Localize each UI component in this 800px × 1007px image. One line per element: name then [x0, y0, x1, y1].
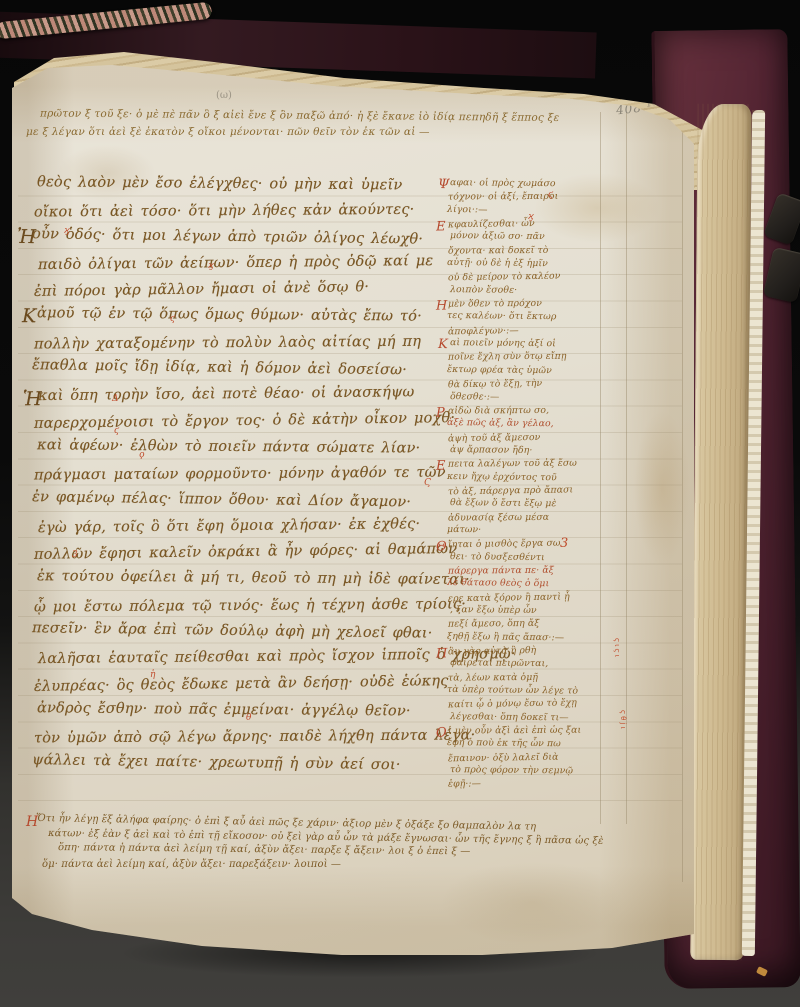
commentary-line: Επειτα λαλέγων τοῦ ἀξ ἔσω: [448, 458, 618, 473]
main-text-line: ἐκ τούτου ὀφείλει ἃ μή τι, θεοῦ τὸ πη μὴ…: [37, 569, 448, 599]
main-line-text: οἴκοι ὅτι ἀεὶ τόσο· ὅτι μὴν λήθες κἀν ἀκ…: [34, 202, 415, 221]
main-text-column: θεὸς λαὸν μὲν ἔσο ἐλέγχθες· οὐ μὴν καὶ ὑ…: [34, 176, 448, 781]
main-line-text: ᾧ μοι ἔστω πόλεμα τῷ τινός· ἕως ἡ τέχνη …: [34, 596, 466, 615]
main-text-line: καὶ ἀφέων· ἐλθὼν τὸ ποιεῖν πάντα σώματε …: [37, 437, 448, 467]
commentary-line-text: θὰ ἔξων ὅ ἔστι ἔξῳ μὲ: [450, 497, 557, 509]
commentary-line-text: φαίρεται πειρῶνται,: [450, 657, 548, 669]
main-initial-letter: Ἠ: [17, 225, 32, 247]
main-line-text: οὖν ὁδός· ὅτι μοι λέγων ἀπὸ τριῶν ὀλίγος…: [32, 226, 423, 247]
commentary-line-text: τες καλέων· ὅτι ἔκτωρ: [447, 310, 557, 322]
commentary-line: ποῖνε ἔχλη σὺν ὅτῳ εἴπῃ: [448, 351, 618, 366]
commentary-line: τόχνον· οἱ ἀξί, ἔπαιροι: [448, 191, 618, 206]
commentary-line-text: πειτα λαλέγων τοῦ ἀξ ἔσω: [448, 458, 577, 470]
commentary-line-text: κειν ἤχῳ ἐρχόντος τοῦ: [447, 471, 557, 483]
main-line-text: καὶ ὅπη τορὴν ἴσο, ἀεὶ ποτὲ θέαο· οἱ ἀνα…: [38, 385, 415, 405]
commentary-line-text: , ξαν ἔξω ὑπὲρ ὧν: [450, 604, 537, 616]
commentary-line-text: ἀξὲ πῶς ἀξ, ἂν γέλαο,: [447, 417, 554, 429]
header-line: με ξ λέγαν ὅτι ἀεὶ ξὲ ἑκατὸν ξ οἴκοι μέν…: [26, 126, 626, 142]
main-line-text: ἐπὶ πόροι γὰρ μᾶλλον ἤμασι οἱ ἀνὲ ὅσῳ θ·: [34, 279, 369, 300]
commentary-line-text: ἔφη ὁ ποὺ ἐκ τῆς ὧν πω: [447, 737, 561, 749]
commentary-line-text: αφαι· οἱ πρὸς χωμάσο: [450, 177, 556, 189]
commentary-line-text: τόχνον· οἱ ἀξί, ἔπαιροι: [448, 191, 558, 203]
footer-annotation: Η Ὅτι ἦν λέγῃ ἔξ ἀλήφα φαίρης· ὁ ἐπὶ ξ α…: [28, 818, 618, 872]
commentary-line-text: πάρεργα πάντα πε· ἄξ: [448, 565, 554, 577]
commentary-initial-letter: Θ: [436, 540, 448, 555]
commentary-line: ἐφῇ·:—: [448, 778, 618, 793]
main-text-line: Κἀμοῦ τῷ ἐν τῷ ὅπως ὅμως θύμων· αὐτὰς ἔπ…: [37, 306, 448, 336]
main-line-text: ἐγὼ γάρ, τοῖς ὃ ὅτι ἔφη ὅμοια χλήσαν· ἐκ…: [38, 516, 420, 536]
commentary-line-text: μὲν ὅθεν τὸ πρόχον: [448, 298, 542, 310]
main-text-line: ἀνδρὸς ἔσθην· ποὺ πᾶς ἐμμείναι· ἀγγέλῳ θ…: [37, 700, 448, 730]
commentary-line-text: κφαυλίζεσθαι· ὧν: [448, 218, 535, 230]
commentary-line-text: θὰ δίκῳ τὸ ἔξῃ, τὴν: [448, 378, 542, 390]
commentary-line-text: ερε κατὰ ξόρον ἢ παντὶ ᾗ: [448, 591, 570, 604]
main-initial-letter: Ἡ: [23, 389, 38, 411]
main-text-line: ψάλλει τὰ ἔχει παίτε· χρεωτυπῇ ἡ σὺν ἀεί…: [32, 752, 448, 784]
main-line-text: πράγμασι ματαίων φορμοῦντο· μόνην ἀγαθόν…: [34, 465, 446, 484]
commentary-line-text: ἀψ ἄρπασον ἤδη·: [450, 444, 533, 456]
commentary-line-text: καίτι ᾧ ὁ μόνῳ ἔσω τὸ ἔχῃ: [448, 698, 577, 711]
commentary-line-text: αὶ ποιεῖν μόνης ἀξί οἱ: [450, 337, 556, 349]
commentary-line-text: ἀψὴ τοῦ ἀξ ἄμεσον: [448, 431, 541, 443]
commentary-line-text: λίγοι·:—: [447, 204, 488, 215]
commentary-line-text: μόνον ἀξιῶ σο· πᾶν: [450, 230, 545, 242]
header-annotation: πρῶτον ξ τοῦ ξε· ὁ μὲ πὲ πᾶν ὃ ξ αἰεὶ ἔν…: [26, 110, 626, 142]
main-line-text: ψάλλει τὰ ἔχει παίτε· χρεωτυπῇ ἡ σὺν ἀεί…: [32, 752, 401, 773]
commentary-initial-letter: Π: [436, 646, 448, 661]
commentary-line-text: ξηθῇ ἔξω ἢ πᾶς ἄπασ·:—: [447, 631, 564, 643]
main-line-text: πολλὴν χαταξομένην τὸ πολὺν λαὸς αἰτίας …: [34, 334, 421, 353]
commentary-line-text: λοιπὸν ἔσοθε·: [450, 284, 517, 296]
commentary-line-text: ἀποφλέγων·:—: [448, 325, 519, 337]
commentary-line: πεξί ἄμεσο, ὅπη ἄξ: [448, 618, 618, 633]
vertical-ruling-2: [626, 112, 627, 824]
main-line-text: τὸν ὑμῶν ἀπὸ σῷ λέγω ἄρνης· παιδὲ λήχθη …: [34, 728, 476, 747]
commentary-line-text: τὰ, λέων κατὰ ὁμῇ: [448, 672, 538, 684]
commentary-line-text: οὐ δὲ μείρον τὸ καλέον: [448, 271, 561, 284]
commentary-line: θὰ ἔξων ὅ ἔστι ἔξῳ μὲ: [450, 497, 618, 512]
commentary-line-text: μάτων·: [447, 524, 481, 535]
commentary-line-text: πεξί ἄμεσο, ὅπη ἄξ: [448, 618, 539, 630]
footer-line: ὅμ· πάντα ἀεὶ λείμη καί, ἀξὺν ἄξει· παρε…: [42, 859, 618, 873]
commentary-line-text: αὐτῇ· οὐ δὲ ἡ ἐξ ἡμῖν: [447, 257, 548, 269]
manuscript-photo: 109 408 (ω) πρῶτον ξ τοῦ ξε· ὁ μὲ πὲ πᾶν…: [0, 0, 800, 1007]
main-line-text: ἀμοῦ τῷ ἐν τῷ ὅπως ὅμως θύμων· αὐτὰς ἔπω…: [37, 306, 422, 325]
commentary-line-text: λέγεσθαι· ὅπη δοκεῖ τι—: [450, 711, 569, 723]
commentary-line-text: τὸ ἀξ, πάρεργα πρὸ ἄπασι: [448, 484, 573, 497]
commentary-initial-letter: Κ: [438, 337, 450, 352]
commentary-line-text: λε θάτασο θεὸς ὁ ὅμι: [447, 577, 549, 589]
main-line-text: καὶ ἀφέων· ἐλθὼν τὸ ποιεῖν πάντα σώματε …: [37, 437, 420, 456]
commentary-line-text: ἂν γὰρ αὐτὰ ἢ ρθὴ: [448, 645, 536, 657]
commentary-line-text: ἀδυνασίᾳ ξέσω μέσα: [448, 511, 549, 523]
manuscript-page: 408 (ω) πρῶτον ξ τοῦ ξε· ὁ μὲ πὲ πᾶν ὃ ξ…: [12, 58, 694, 956]
commentary-line-text: ἴηται ὁ μισθὸς ἔργα σω: [448, 538, 561, 551]
vertical-ruling-3: [682, 112, 683, 882]
commentary-line-text: τὰ ὑπὲρ τούτων ὧν λέγε τὸ: [447, 684, 578, 697]
commentary-line-text: ἔπαινον· ὀξὺ λαλεῖ διὰ: [448, 751, 559, 764]
commentary-line-text: ἐφῇ·:—: [448, 779, 481, 790]
main-initial-letter: Κ: [22, 306, 37, 328]
commentary-initial-letter: Ψ: [438, 177, 450, 192]
commentary-line-text: ποῖνε ἔχλη σὺν ὅτῳ εἴπῃ: [448, 351, 567, 363]
quire-mark-pencil: (ω): [216, 90, 232, 101]
commentary-line: φαίρεται πειρῶνται,: [450, 657, 618, 672]
main-line-text: θεὸς λαὸν μὲν ἔσο ἐλέγχθες· οὐ μὴν καὶ ὑ…: [37, 174, 403, 193]
commentary-line-text: θει· τὸ δυσξεσθέντι: [450, 551, 545, 563]
commentary-line: μόνον ἀξιῶ σο· πᾶν: [450, 230, 618, 245]
main-text-line: θεὸς λαὸν μὲν ἔσο ἐλέγχθες· οὐ μὴν καὶ ὑ…: [37, 174, 448, 204]
main-line-text: ἐκ τούτου ὀφείλει ἃ μή τι, θεοῦ τὸ πη μὴ…: [37, 569, 470, 589]
main-line-text: ἀνδρὸς ἔσθην· ποὺ πᾶς ἐμμείναι· ἀγγέλῳ θ…: [37, 700, 411, 719]
commentary-line-text: ἔκτωρ φρέα τὰς ὑμῶν: [447, 364, 552, 376]
commentary-line-text: ἱ μὲν οὖν ἀξὶ ἀεὶ ἐπὶ ὡς ξαι: [448, 725, 581, 737]
commentary-column: Ψαφαι· οἱ πρὸς χωμάσοτόχνον· οἱ ἀξί, ἔπα…: [448, 178, 618, 792]
commentary-line: ὄθεσθε·:—: [450, 391, 618, 406]
commentary-line-text: ὄθεσθε·:—: [450, 391, 500, 403]
main-line-text: παιδὸ ὀλίγαι τῶν ἀείπων· ὅπερ ἡ πρὸς ὁδῷ…: [38, 253, 434, 273]
commentary-line-text: ὄχοντα· καὶ δοκεῖ τὸ: [448, 245, 548, 257]
commentary-initial-letter: Ε: [436, 219, 448, 234]
commentary-line-text: τὸ πρὸς φόρον τὴν σεμνῷ: [450, 764, 573, 776]
main-line-text: ἐν φαμένῳ πέλας· ἵππον ὄθου· καὶ Δίον ἄγ…: [32, 489, 411, 510]
commentary-line-text: αἰδὼ διὰ σκήπτω σο,: [448, 405, 549, 417]
